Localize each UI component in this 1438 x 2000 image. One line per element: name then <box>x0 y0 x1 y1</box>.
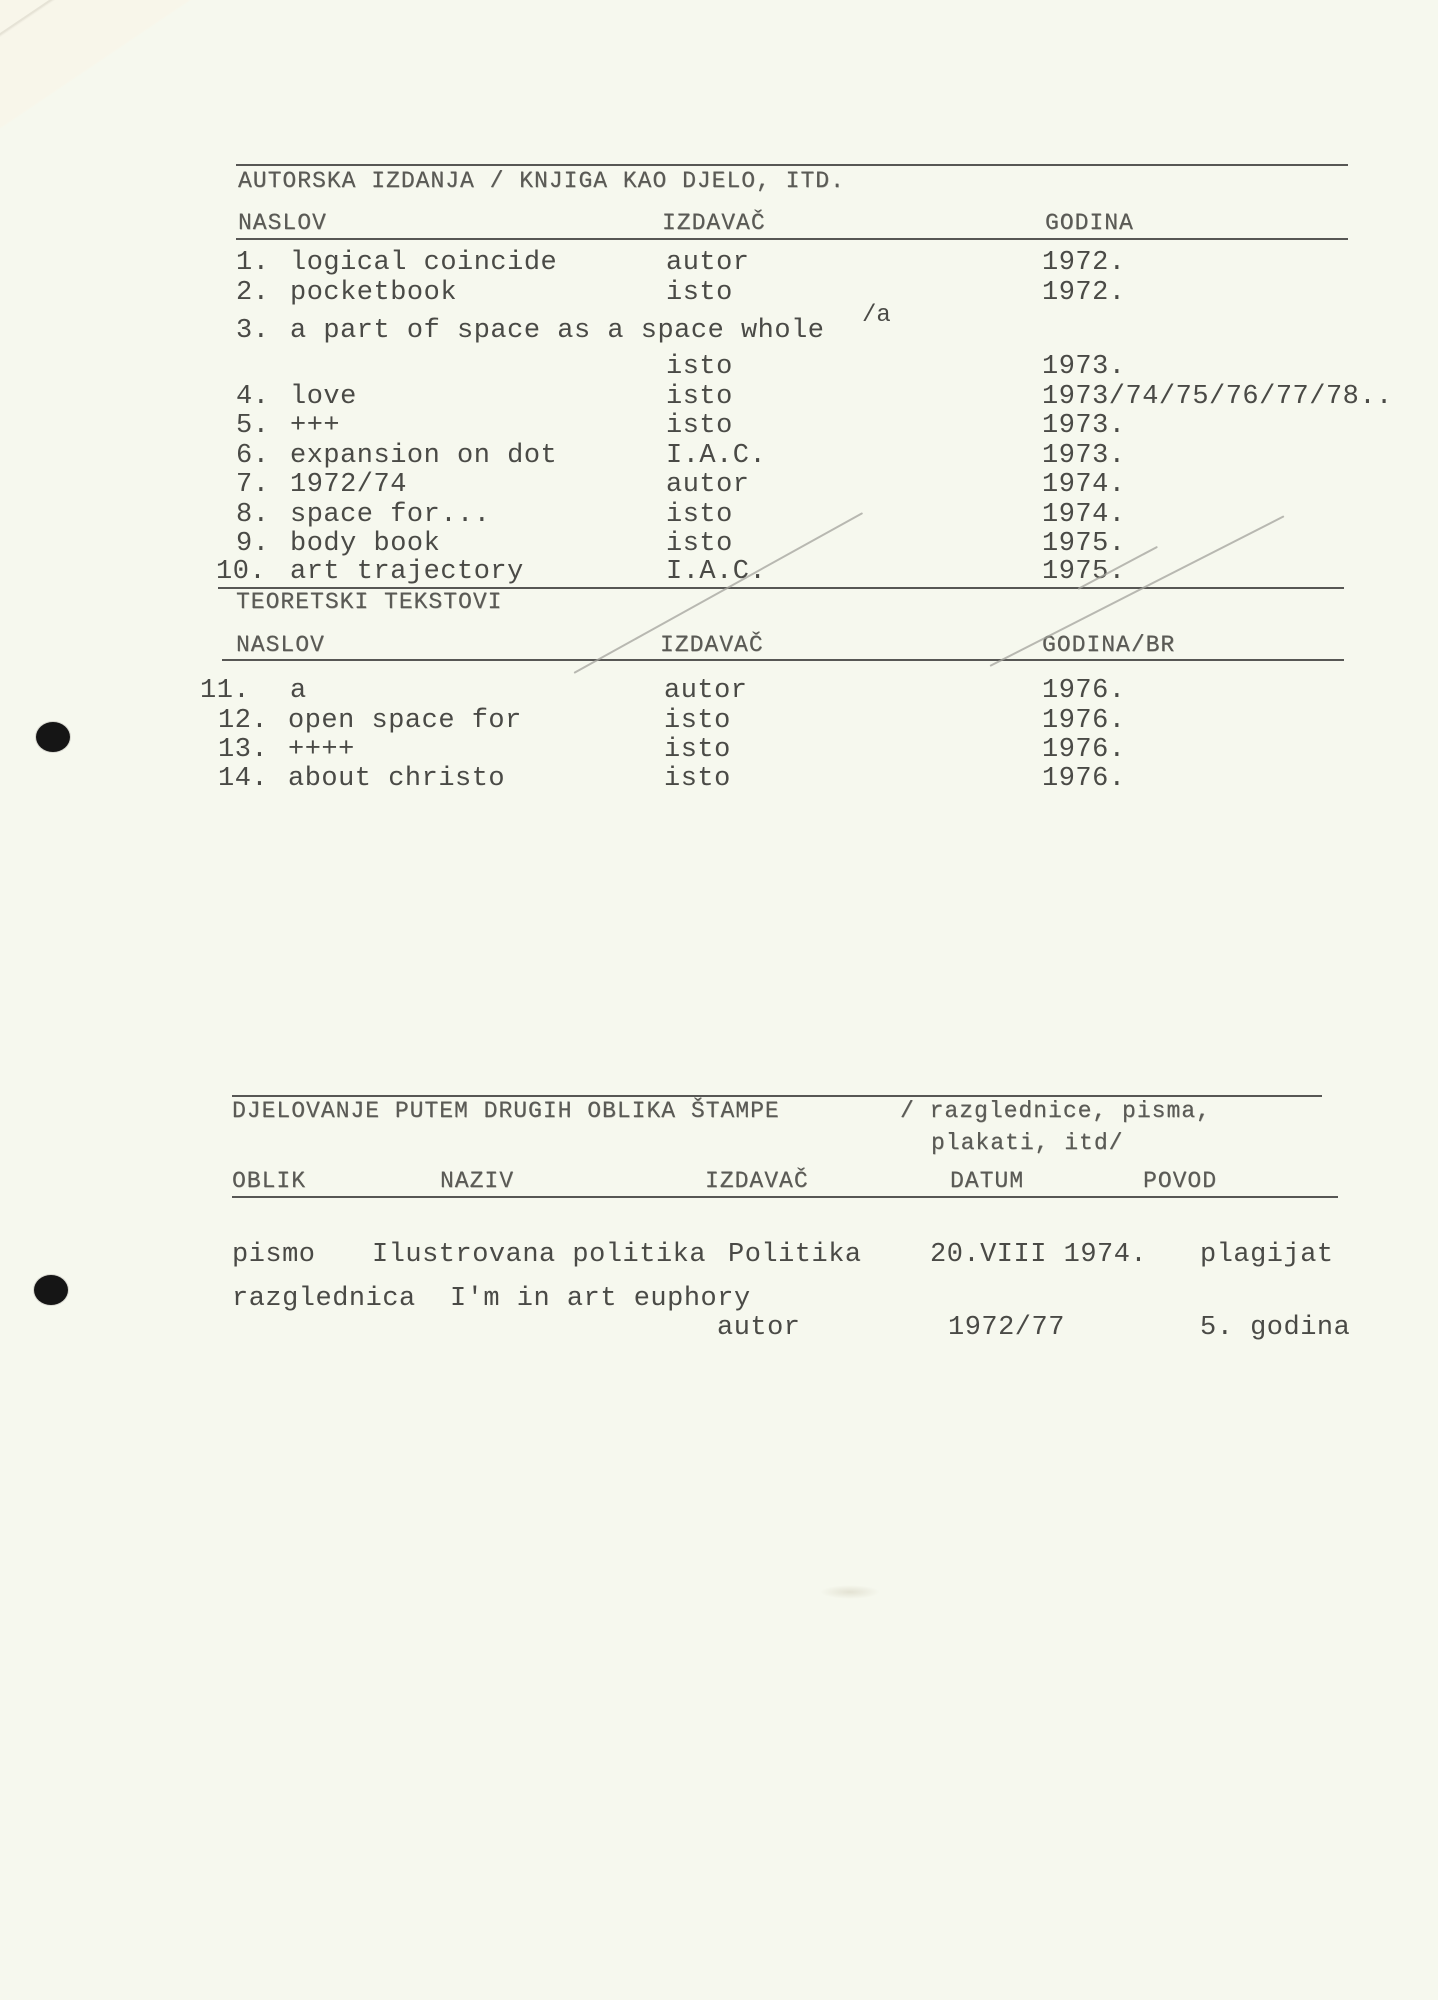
entry-title: ++++ <box>288 735 355 765</box>
entry-year: 1974. <box>1042 500 1126 530</box>
column-header-year: GODINA <box>1045 210 1134 236</box>
column-header-name: NAZIV <box>440 1168 514 1194</box>
entry-publisher: isto <box>664 735 731 765</box>
entry-publisher: autor <box>664 676 748 706</box>
column-header-publisher: IZDAVAČ <box>662 210 766 236</box>
section-title: DJELOVANJE PUTEM DRUGIH OBLIKA ŠTAMPE <box>232 1098 780 1124</box>
entry-publisher: isto <box>666 352 733 382</box>
entry-number: 1. <box>236 248 269 278</box>
entry-number: 3. <box>236 316 269 346</box>
column-header-title: NASLOV <box>238 210 327 236</box>
occasion-cell: 5. godina <box>1200 1313 1350 1343</box>
entry-title: expansion on dot <box>290 441 557 471</box>
rule-top <box>236 164 1348 166</box>
entry-number: 9. <box>236 529 269 559</box>
entry-title: pocketbook <box>290 278 457 308</box>
entry-year: 1972. <box>1042 248 1126 278</box>
entry-number: 10. <box>216 557 266 587</box>
entry-publisher: isto <box>666 382 733 412</box>
entry-year: 1976. <box>1042 676 1126 706</box>
section-title-note-2: plakati, itd/ <box>931 1130 1123 1156</box>
entry-number: 5. <box>236 411 269 441</box>
entry-number: 6. <box>236 441 269 471</box>
rule-header <box>232 1196 1338 1198</box>
rule-top <box>232 1095 1322 1097</box>
entry-year: 1974. <box>1042 470 1126 500</box>
publisher-cell: Politika <box>728 1240 862 1270</box>
column-header-title: NASLOV <box>236 632 325 658</box>
entry-publisher: isto <box>666 500 733 530</box>
entry-year: 1975. <box>1042 557 1126 587</box>
entry-title: space for... <box>290 500 490 530</box>
entry-year: 1976. <box>1042 735 1126 765</box>
entry-number: 7. <box>236 470 269 500</box>
entry-publisher: I.A.C. <box>666 557 766 587</box>
paper-speck <box>820 1585 880 1599</box>
entry-title: body book <box>290 529 440 559</box>
section-title: TEORETSKI TEKSTOVI <box>236 589 502 615</box>
entry-publisher: isto <box>666 278 733 308</box>
entry-year: 1973. <box>1042 441 1126 471</box>
date-cell: 1972/77 <box>948 1313 1065 1343</box>
entry-publisher: isto <box>666 411 733 441</box>
entry-title: 1972/74 <box>290 470 407 500</box>
entry-year: 1972. <box>1042 278 1126 308</box>
entry-publisher: autor <box>666 248 750 278</box>
date-cell: 20.VIII 1974. <box>930 1240 1147 1270</box>
column-header-publisher: IZDAVAČ <box>705 1168 809 1194</box>
entry-title: logical coincide <box>290 248 557 278</box>
entry-title: a part of space as a space whole <box>290 316 824 346</box>
column-header-year: GODINA/BR <box>1042 632 1175 658</box>
entry-number: 14. <box>218 764 268 794</box>
entry-number: 11. <box>200 676 250 706</box>
entry-year: 1976. <box>1042 706 1126 736</box>
entry-title: art trajectory <box>290 557 524 587</box>
publisher-cell: autor <box>717 1313 801 1343</box>
column-header-occasion: POVOD <box>1143 1168 1217 1194</box>
section-title: AUTORSKA IZDANJA / KNJIGA KAO DJELO, ITD… <box>238 168 845 194</box>
entry-year: 1975. <box>1042 529 1126 559</box>
entry-publisher: autor <box>666 470 750 500</box>
entry-title-continuation: /a <box>862 302 891 329</box>
entry-year: 1976. <box>1042 764 1126 794</box>
entry-year: 1973. <box>1042 352 1126 382</box>
name-cell: I'm in art euphory <box>450 1284 751 1314</box>
entry-publisher: isto <box>664 764 731 794</box>
folded-corner <box>0 0 200 130</box>
rule-header <box>222 659 1344 661</box>
entry-title: +++ <box>290 411 340 441</box>
entry-title: love <box>290 382 357 412</box>
form-cell: razglednica <box>232 1284 416 1314</box>
rule-header <box>236 238 1348 240</box>
entry-publisher: isto <box>664 706 731 736</box>
entry-title: a <box>290 676 307 706</box>
column-header-form: OBLIK <box>232 1168 306 1194</box>
entry-number: 2. <box>236 278 269 308</box>
punch-hole-bottom <box>34 1275 68 1305</box>
entry-title: about christo <box>288 764 505 794</box>
punch-hole-top <box>36 722 70 752</box>
entry-number: 8. <box>236 500 269 530</box>
entry-publisher: I.A.C. <box>666 441 766 471</box>
entry-number: 12. <box>218 706 268 736</box>
section-title-note: / razglednice, pisma, <box>900 1098 1211 1124</box>
entry-year: 1973/74/75/76/77/78.. <box>1042 382 1393 412</box>
entry-number: 13. <box>218 735 268 765</box>
entry-title: open space for <box>288 706 522 736</box>
entry-number: 4. <box>236 382 269 412</box>
entry-year: 1973. <box>1042 411 1126 441</box>
form-cell: pismo <box>232 1240 316 1270</box>
column-header-publisher: IZDAVAČ <box>660 632 764 658</box>
entry-publisher: isto <box>666 529 733 559</box>
column-header-date: DATUM <box>950 1168 1024 1194</box>
occasion-cell: plagijat <box>1200 1240 1334 1270</box>
name-cell: Ilustrovana politika <box>372 1240 706 1270</box>
